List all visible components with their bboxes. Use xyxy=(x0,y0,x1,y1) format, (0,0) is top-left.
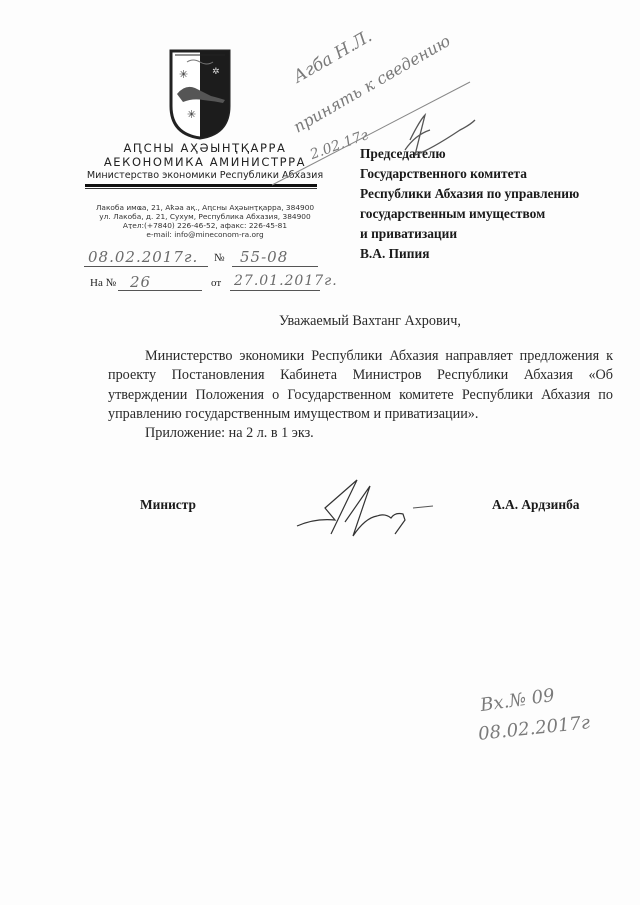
outgoing-date: 08.02.2017г. xyxy=(88,248,198,266)
in-reply-label: На № xyxy=(90,277,116,289)
letter-body: Министерство экономики Республики Абхази… xyxy=(108,347,613,443)
email-line: e-mail: info@mineconom-ra.org xyxy=(60,230,350,239)
date-field-line xyxy=(84,266,208,267)
number-field-line xyxy=(232,266,318,267)
outgoing-number: 55-08 xyxy=(240,248,288,266)
from-field-line xyxy=(230,290,320,291)
svg-text:✳: ✳ xyxy=(187,108,196,121)
attachment-note: Приложение: на 2 л. в 1 экз. xyxy=(108,424,613,443)
addressee-line: государственным имуществом xyxy=(360,204,630,224)
incoming-number: Вх.№ 09 xyxy=(479,685,556,716)
number-label: № xyxy=(214,252,225,264)
incoming-date: 08.02.2017г xyxy=(477,712,591,745)
letter-greeting: Уважаемый Вахтанг Ахрович, xyxy=(140,313,600,330)
signatory-name: А.А. Ардзинба xyxy=(492,497,579,513)
letter-paragraph: Министерство экономики Республики Абхази… xyxy=(108,347,613,424)
minister-signature-icon xyxy=(295,478,445,538)
in-reply-date: 27.01.2017г. xyxy=(234,273,338,289)
address-line: Лакоба имҩа, 21, Аҟәа ақ., Аԥсны Аҳәынҭқ… xyxy=(60,203,350,212)
svg-text:✳: ✳ xyxy=(179,68,188,81)
svg-text:✲: ✲ xyxy=(212,67,220,77)
document-page: ✳ ✲ ✳ АԤСНЫ АҲӘЫНҬҚАРРА АЕКОНОМИКА АМИНИ… xyxy=(0,0,640,905)
in-reply-number: 26 xyxy=(130,273,151,291)
resolution-signature-icon xyxy=(270,80,480,190)
phone-fax-line: Аҭел:(+7840) 226-46-52, афакс: 226-45-81 xyxy=(60,221,350,230)
address-line: ул. Лакоба, д. 21, Сухум, Республика Абх… xyxy=(60,212,350,221)
coat-of-arms-icon: ✳ ✲ ✳ xyxy=(167,48,233,140)
from-label: от xyxy=(211,277,221,289)
in-reply-field-line xyxy=(118,290,202,291)
addressee-line: и приватизации xyxy=(360,224,630,244)
addressee-name: В.А. Пипия xyxy=(360,244,630,264)
signatory-role: Министр xyxy=(140,497,196,513)
